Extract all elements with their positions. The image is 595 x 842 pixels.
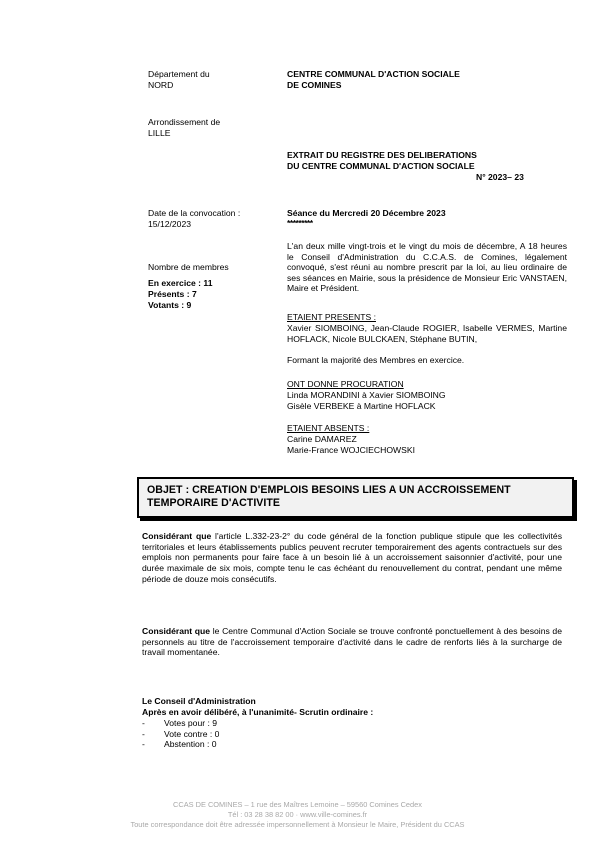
objet-box: OBJET : CREATION D'EMPLOIS BESOINS LIES … [137, 477, 574, 518]
vote-item-abstention: -Abstention : 0 [142, 739, 219, 750]
departement-value: NORD [148, 80, 173, 91]
extract-title-line2: DU CENTRE COMMUNAL D'ACTION SOCIALE [287, 161, 567, 172]
convocation-label: Date de la convocation : [148, 208, 240, 219]
deliberation-statement: Après en avoir délibéré, à l'unanimité- … [142, 707, 373, 718]
objet-line2: TEMPORAIRE D'ACTIVITE [147, 497, 572, 510]
arrondissement-label: Arrondissement de [148, 117, 220, 128]
members-label: Nombre de membres [148, 262, 229, 273]
separator-stars: ********* [287, 218, 567, 229]
absent-item: Marie-France WOJCIECHOWSKI [287, 445, 567, 456]
org-name-line2: DE COMINES [287, 80, 567, 91]
vote-label: Abstention : 0 [164, 739, 217, 749]
deliberation-number: N° 2023– 23 [476, 172, 524, 183]
members-votants: Votants : 9 [148, 300, 191, 311]
absents-heading: ETAIENT ABSENTS : [287, 423, 567, 434]
convocation-date: 15/12/2023 [148, 219, 191, 230]
list-dash: - [142, 718, 164, 729]
members-presents: Présents : 7 [148, 289, 197, 300]
footer-address: CCAS DE COMINES – 1 rue des Maîtres Lemo… [0, 800, 595, 810]
considerant-lead: Considérant que [142, 531, 211, 541]
vote-list: -Votes pour : 9 -Vote contre : 0 -Absten… [142, 718, 219, 750]
seance-date: Séance du Mercredi 20 Décembre 2023 [287, 208, 567, 219]
preamble-paragraph: L'an deux mille vingt-trois et le vingt … [287, 241, 567, 294]
vote-item-contre: -Vote contre : 0 [142, 729, 219, 740]
considerant-paragraph: Considérant que le Centre Communal d'Act… [142, 626, 562, 658]
extract-title-line1: EXTRAIT DU REGISTRE DES DELIBERATIONS [287, 150, 567, 161]
procuration-item: Gisèle VERBEKE à Martine HOFLACK [287, 401, 567, 412]
presents-note: Formant la majorité des Membres en exerc… [287, 355, 567, 366]
considerant-paragraph: Considérant que l'article L.332-23-2° du… [142, 531, 562, 585]
list-dash: - [142, 729, 164, 740]
vote-item-pour: -Votes pour : 9 [142, 718, 219, 729]
list-dash: - [142, 739, 164, 750]
presents-heading: ETAIENT PRESENTS : [287, 312, 567, 323]
vote-label: Votes pour : 9 [164, 718, 217, 728]
members-en-exercice: En exercice : 11 [148, 278, 213, 289]
arrondissement-value: LILLE [148, 128, 170, 139]
footer-contact: Tél : 03 28 38 82 00 · www.ville-comines… [0, 810, 595, 820]
departement-label: Département du [148, 69, 210, 80]
council-label: Le Conseil d'Administration [142, 696, 256, 707]
procuration-heading: ONT DONNE PROCURATION [287, 379, 567, 390]
vote-label: Vote contre : 0 [164, 729, 219, 739]
objet-line1: OBJET : CREATION D'EMPLOIS BESOINS LIES … [147, 479, 572, 497]
presents-names: Xavier SIOMBOING, Jean-Claude ROGIER, Is… [287, 323, 567, 344]
org-name-line1: CENTRE COMMUNAL D'ACTION SOCIALE [287, 69, 567, 80]
absent-item: Carine DAMAREZ [287, 434, 567, 445]
footer-notice: Toute correspondance doit être adressée … [0, 820, 595, 830]
procuration-item: Linda MORANDINI à Xavier SIOMBOING [287, 390, 567, 401]
considerant-lead: Considérant que [142, 626, 210, 636]
